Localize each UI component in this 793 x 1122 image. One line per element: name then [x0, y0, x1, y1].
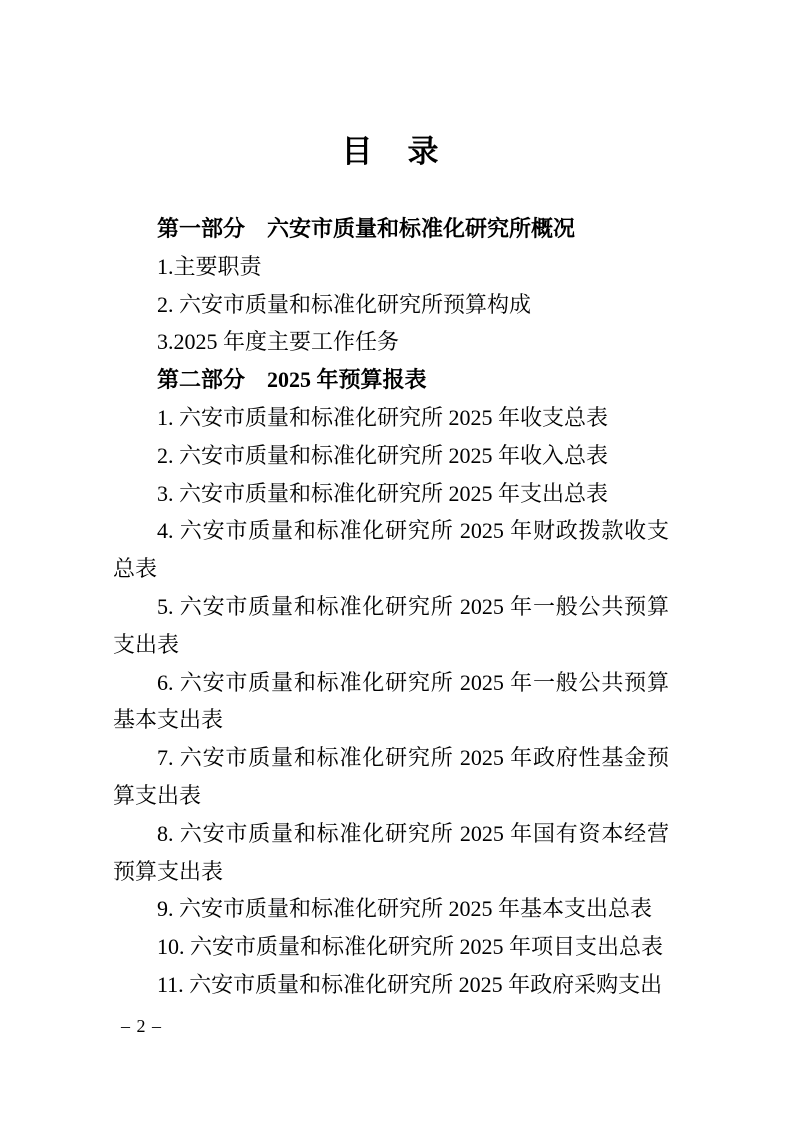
- part2-item-3: 3. 六安市质量和标准化研究所 2025 年支出总表: [113, 475, 669, 513]
- page-number: – 2 –: [121, 1012, 162, 1040]
- toc-content: 第一部分 六安市质量和标准化研究所概况 1.主要职责 2. 六安市质量和标准化研…: [113, 210, 669, 1004]
- part2-item-2: 2. 六安市质量和标准化研究所 2025 年收入总表: [113, 437, 669, 475]
- part2-item-5: 5. 六安市质量和标准化研究所 2025 年一般公共预算支出表: [113, 588, 669, 664]
- part2-item-1: 1. 六安市质量和标准化研究所 2025 年收支总表: [113, 399, 669, 437]
- part1-item-1: 1.主要职责: [113, 248, 669, 286]
- part2-item-8: 8. 六安市质量和标准化研究所 2025 年国有资本经营预算支出表: [113, 815, 669, 891]
- part2-item-7: 7. 六安市质量和标准化研究所 2025 年政府性基金预算支出表: [113, 739, 669, 815]
- part1-item-2: 2. 六安市质量和标准化研究所预算构成: [113, 286, 669, 324]
- part2-heading: 第二部分 2025 年预算报表: [113, 361, 669, 399]
- part1-heading: 第一部分 六安市质量和标准化研究所概况: [113, 210, 669, 248]
- part2-item-10: 10. 六安市质量和标准化研究所 2025 年项目支出总表: [113, 928, 669, 966]
- part2-item-6: 6. 六安市质量和标准化研究所 2025 年一般公共预算基本支出表: [113, 664, 669, 740]
- part2-item-11: 11. 六安市质量和标准化研究所 2025 年政府采购支出: [113, 966, 669, 1004]
- document-page: 目 录 第一部分 六安市质量和标准化研究所概况 1.主要职责 2. 六安市质量和…: [0, 0, 793, 1122]
- part2-item-4: 4. 六安市质量和标准化研究所 2025 年财政拨款收支总表: [113, 512, 669, 588]
- part1-item-3: 3.2025 年度主要工作任务: [113, 323, 669, 361]
- part2-item-9: 9. 六安市质量和标准化研究所 2025 年基本支出总表: [113, 890, 669, 928]
- toc-title: 目 录: [113, 128, 669, 176]
